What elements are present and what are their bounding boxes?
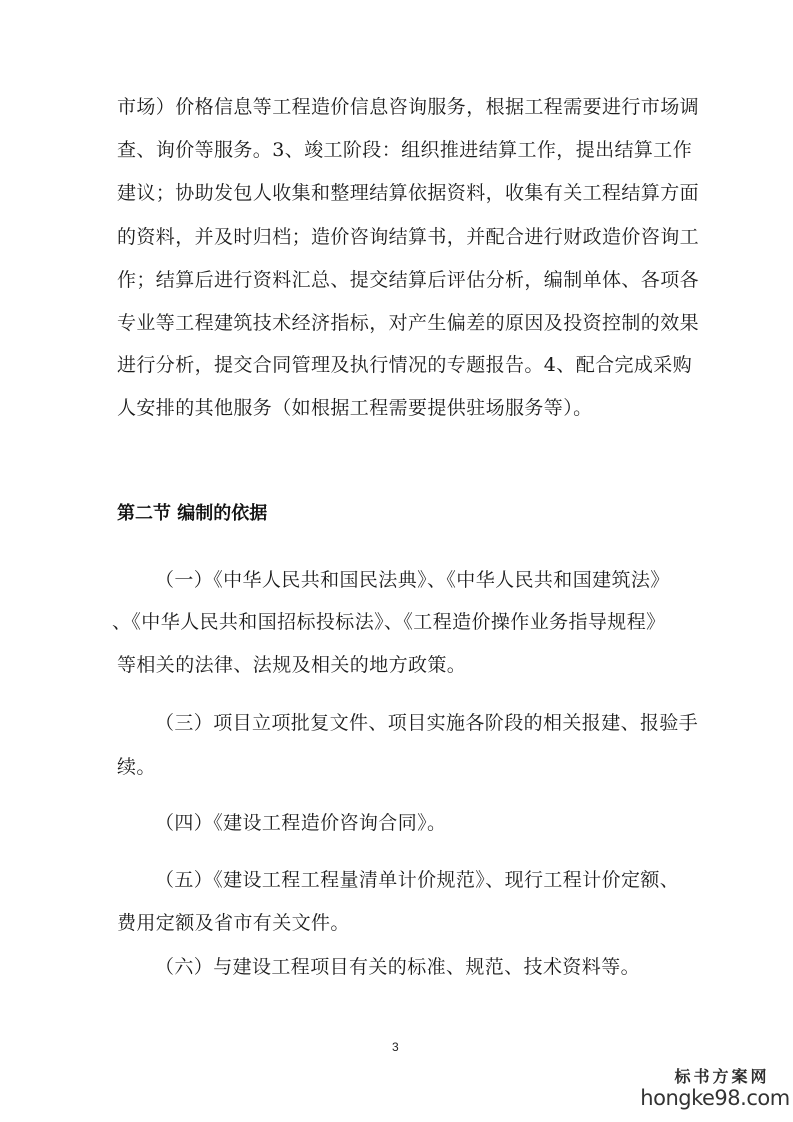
paragraph-line: （四）《建设工程造价咨询合同》。	[155, 811, 715, 835]
paragraph-line: 费用定额及省市有关文件。	[117, 911, 677, 935]
paragraph-line: 专业等工程建筑技术经济指标，对产生偏差的原因及投资控制的效果	[117, 311, 677, 335]
paragraph-line: （三）项目立项批复文件、项目实施各阶段的相关报建、报验手	[155, 711, 715, 735]
document-page: 市场）价格信息等工程造价信息咨询服务，根据工程需要进行市场调 查、询价等服务。3…	[0, 0, 793, 1122]
paragraph-line: （一）《中华人民共和国民法典》、《中华人民共和国建筑法》	[155, 568, 715, 592]
paragraph-line: 建议；协助发包人收集和整理结算依据资料，收集有关工程结算方面	[117, 181, 677, 205]
page-number: 3	[392, 1040, 399, 1054]
paragraph-line: （六）与建设工程项目有关的标准、规范、技术资料等。	[155, 955, 715, 979]
paragraph-line: 查、询价等服务。3、竣工阶段：组织推进结算工作，提出结算工作	[117, 138, 677, 162]
watermark-site-name: 标书方案网	[640, 1068, 790, 1086]
watermark-url: hongke98.com	[640, 1086, 790, 1110]
paragraph-line: 、《中华人民共和国招标投标法》、《工程造价操作业务指导规程》	[112, 610, 672, 634]
paragraph-line: 市场）价格信息等工程造价信息咨询服务，根据工程需要进行市场调	[117, 95, 677, 119]
paragraph-line: 续。	[117, 755, 677, 779]
paragraph-line: 等相关的法律、法规及相关的地方政策。	[117, 653, 677, 677]
paragraph-line: 作；结算后进行资料汇总、提交结算后评估分析，编制单体、各项各	[117, 268, 677, 292]
paragraph-line: （五）《建设工程工程量清单计价规范》、现行工程计价定额、	[155, 868, 715, 892]
watermark-logo: 标书方案网 hongke98.com	[640, 1068, 790, 1110]
paragraph-line: 的资料，并及时归档；造价咨询结算书，并配合进行财政造价咨询工	[117, 225, 677, 249]
section-heading: 第二节 编制的依据	[117, 502, 267, 526]
paragraph-line: 进行分析，提交合同管理及执行情况的专题报告。4、配合完成采购	[117, 353, 677, 377]
paragraph-line: 人安排的其他服务（如根据工程需要提供驻场服务等）。	[117, 396, 677, 420]
